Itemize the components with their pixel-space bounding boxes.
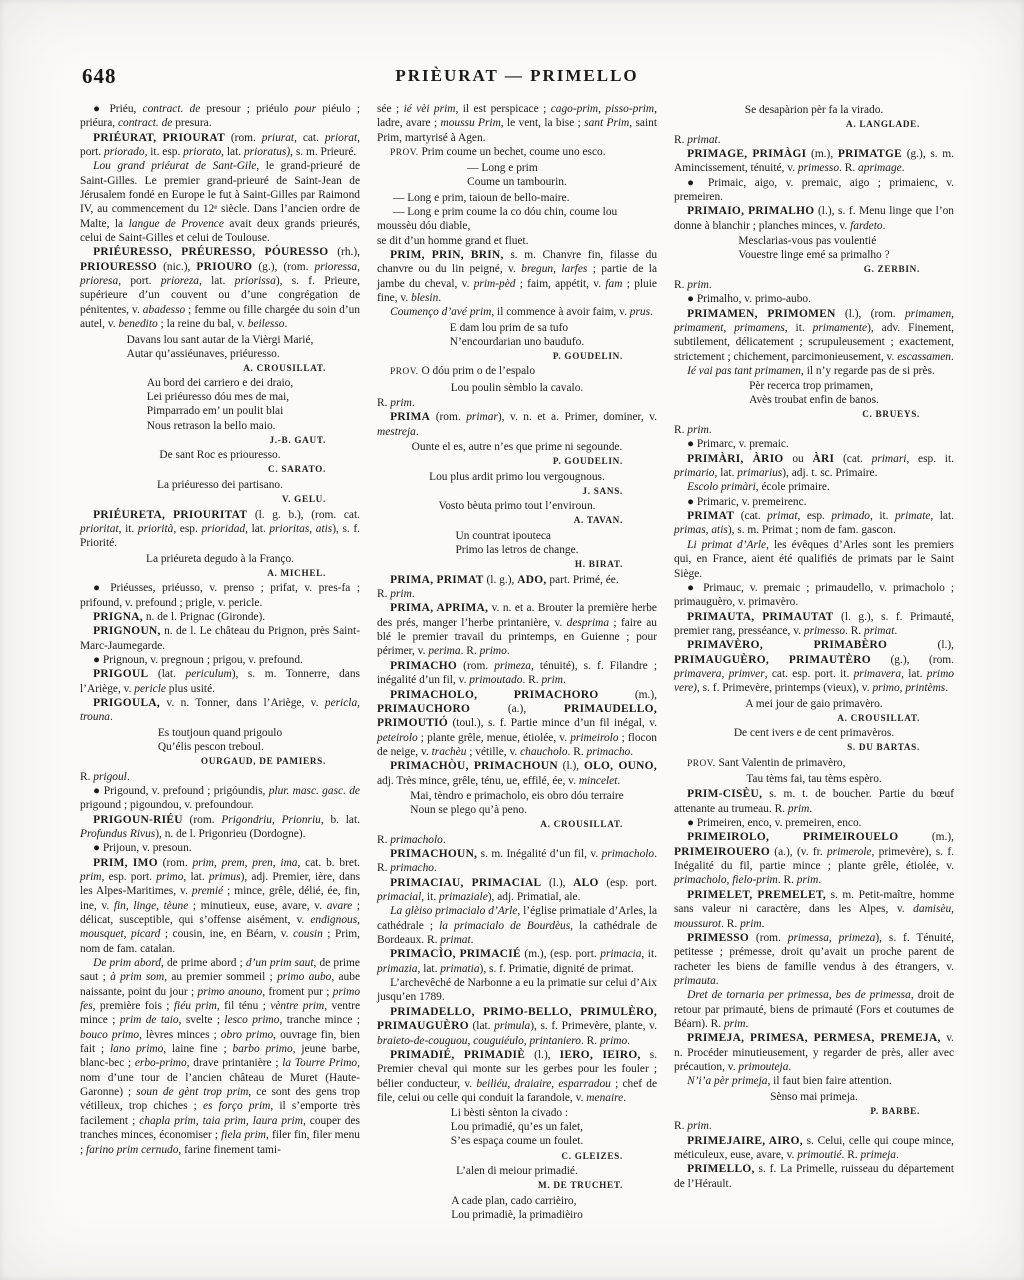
dictionary-entry: PRIMA, PRIMAT (l. g.), ADO, part. Primé,… bbox=[377, 573, 657, 587]
root-reference: R. prim. bbox=[377, 396, 657, 410]
entry-paragraph: Li primat d’Arle, les évêques d’Arles so… bbox=[674, 538, 954, 581]
quote-attribution: V. GELU. bbox=[80, 493, 360, 506]
entry-paragraph: La glèiso primacialo d’Arle, l’église pr… bbox=[377, 904, 657, 947]
verse-quote: A mei jour de gaio primavèro. bbox=[745, 697, 882, 711]
proverb-variant: — Long e prim, taioun de bello-maire. bbox=[377, 191, 657, 205]
verse-quote: Lou plus ardit primo lou vergougnous. bbox=[429, 470, 605, 484]
verse-quote: Pèr recerca trop primamen, Avès troubat … bbox=[749, 379, 879, 407]
dictionary-entry: PRIÉURAT, PRIOURAT (rom. priurat, cat. p… bbox=[80, 131, 360, 160]
column-left: ● Priéu, contract. de presour ; priéulo … bbox=[80, 102, 360, 1157]
running-header-title: PRIÈURAT — PRIMELLO bbox=[80, 66, 954, 86]
root-reference: R. prigoul. bbox=[80, 770, 360, 784]
dictionary-entry: PRIMADIÉ, PRIMADIÈ (l.), IERO, IEIRO, s.… bbox=[377, 1048, 657, 1105]
dictionary-entry: PRIMACHOLO, PRIMACHORO (m.), PRIMAUCHORO… bbox=[377, 688, 657, 760]
cross-reference-note: ● Prignoun, v. pregnoun ; prigou, v. pre… bbox=[80, 653, 360, 667]
dictionary-entry: PRIMEJA, PRIMESA, PERMESA, PREMEJA, v. n… bbox=[674, 1031, 954, 1074]
verse-quote: Se desapàrion pèr fa la virado. bbox=[745, 103, 884, 117]
quote-attribution: S. DU BARTAS. bbox=[674, 741, 954, 754]
dictionary-entry: PRIGOULA, v. n. Tonner, dans l’Ariège, v… bbox=[80, 696, 360, 725]
text-columns: ● Priéu, contract. de presour ; priéulo … bbox=[80, 102, 954, 1223]
root-reference: R. prim. bbox=[377, 587, 657, 601]
proverb: PROV. Prim coume un bechet, coume uno es… bbox=[377, 145, 657, 160]
verse-quote: Vosto bèuta primo tout l’enviroun. bbox=[438, 499, 595, 513]
entry-paragraph: De prim abord, de prime abord ; d’un pri… bbox=[80, 956, 360, 1157]
verse-quote: La priéuresso dei partisano. bbox=[157, 478, 283, 492]
verse-quote: E dam lou prim de sa tufo N’encourdarian… bbox=[450, 321, 584, 349]
cross-reference-note: ● Primeiren, enco, v. premeiren, enco. bbox=[674, 816, 954, 830]
verse-quote: — Long e prim Coume un tambourin. bbox=[467, 161, 567, 189]
entry-paragraph: Dret de tornaria per primessa, bes de pr… bbox=[674, 988, 954, 1031]
dictionary-entry: PRIGNA, n. de l. Prignac (Gironde). bbox=[80, 610, 360, 624]
column-center: sée ; ié vèi prim, il est perspicace ; c… bbox=[377, 102, 657, 1223]
dictionary-entry: PRIMEIROLO, PRIMEIROUELO (m.), PRIMEIROU… bbox=[674, 830, 954, 887]
quote-attribution: C. GLEIZES. bbox=[377, 1150, 657, 1163]
dictionary-entry: PRIGOUL (lat. periculum), s. m. Tonnerre… bbox=[80, 667, 360, 696]
dictionary-entry: PRIMACÌO, PRIMACIÉ (m.), (esp. port. pri… bbox=[377, 947, 657, 976]
quote-attribution: A. TAVAN. bbox=[377, 514, 657, 527]
page-header: 648 PRIÈURAT — PRIMELLO bbox=[80, 62, 954, 98]
dictionary-entry: PRIGOUN-RIÉU (rom. Prigondriu, Prionriu,… bbox=[80, 813, 360, 842]
cross-reference-note: ● Primauc, v. premaic ; primaudello, v. … bbox=[674, 581, 954, 610]
verse-quote: Ounte el es, autre n’es que prime ni seg… bbox=[412, 440, 623, 454]
proverb: PROV. Sant Valentin de primavèro, bbox=[674, 756, 954, 771]
quote-attribution: J. SANS. bbox=[377, 485, 657, 498]
dictionary-entry: PRIMELET, PREMELET, s. m. Petit-maître, … bbox=[674, 888, 954, 931]
quote-attribution: A. CROUSILLAT. bbox=[377, 818, 657, 831]
entry-paragraph: N’i’a pèr primeja, il faut bien faire at… bbox=[674, 1074, 954, 1088]
entry-paragraph: Coumenço d’avé prim, il commence à avoir… bbox=[377, 305, 657, 319]
continued-paragraph: sée ; ié vèi prim, il est perspicace ; c… bbox=[377, 102, 657, 145]
cross-reference-note: ● Primalho, v. primo-aubo. bbox=[674, 292, 954, 306]
dictionary-entry: PRIMA, APRIMA, v. n. et a. Brouter la pr… bbox=[377, 601, 657, 658]
cross-reference-note: ● Prigound, v. prefound ; prigóundis, pl… bbox=[80, 784, 360, 813]
root-reference: R. prim. bbox=[674, 423, 954, 437]
verse-quote: Mai, tèndro e primacholo, eis obro dóu t… bbox=[410, 789, 624, 817]
dictionary-entry: PRIÉURESSO, PRÉURESSO, PÓURESSO (rh.), P… bbox=[80, 245, 360, 331]
quote-attribution: A. LANGLADE. bbox=[674, 118, 954, 131]
entry-paragraph: L’archevêché de Narbonne a eu la primati… bbox=[377, 976, 657, 1005]
dictionary-page: 648 PRIÈURAT — PRIMELLO ● Priéu, contrac… bbox=[0, 0, 1024, 1280]
root-reference: R. primat. bbox=[674, 133, 954, 147]
quote-attribution: OURGAUD, DE PAMIERS. bbox=[80, 755, 360, 768]
dictionary-entry: PRIMÀRI, ÀRIO ou ÀRI (cat. primari, esp.… bbox=[674, 452, 954, 481]
entry-paragraph: Lou grand priéurat de Sant-Gile, le gran… bbox=[80, 159, 360, 245]
quote-attribution: C. BRUEYS. bbox=[674, 408, 954, 421]
quote-attribution: P. BARBE. bbox=[674, 1105, 954, 1118]
dictionary-entry: PRIMAT (cat. primat, esp. primado, it. p… bbox=[674, 509, 954, 538]
continued-paragraph: se dit d’un homme grand et fluet. bbox=[377, 234, 657, 248]
cross-reference-note: ● Priéu, contract. de presour ; priéulo … bbox=[80, 102, 360, 131]
dictionary-entry: PRIMAUTA, PRIMAUTAT (l. g.), s. f. Prima… bbox=[674, 610, 954, 639]
verse-quote: Davans lou sant autar de la Vièrgi Marié… bbox=[127, 333, 314, 361]
dictionary-entry: PRIMADELLO, PRIMO-BELLO, PRIMULÈRO, PRIM… bbox=[377, 1005, 657, 1048]
quote-attribution: H. BIRAT. bbox=[377, 558, 657, 571]
quote-attribution: M. DE TRUCHET. bbox=[377, 1179, 657, 1192]
verse-quote: Au bord dei carriero e dei draio, Lei pr… bbox=[147, 376, 293, 432]
verse-quote: L’alen di meiour primadié. bbox=[456, 1164, 578, 1178]
dictionary-entry: PRIMELLO, s. f. La Primelle, ruisseau du… bbox=[674, 1162, 954, 1191]
dictionary-entry: PRIMACIAU, PRIMACIAL (l.), ALO (esp. por… bbox=[377, 876, 657, 905]
dictionary-entry: PRIMACHOUN, s. m. Inégalité d’un fil, v.… bbox=[377, 847, 657, 876]
cross-reference-note: ● Prijoun, v. presoun. bbox=[80, 841, 360, 855]
quote-attribution: G. ZERBIN. bbox=[674, 263, 954, 276]
verse-quote: Mesclarias-vous pas voulentié Vouestre l… bbox=[738, 234, 889, 262]
quote-attribution: P. GOUDELIN. bbox=[377, 350, 657, 363]
dictionary-entry: PRIMACHÒU, PRIMACHOUN (l.), OLO, OUNO, a… bbox=[377, 759, 657, 788]
verse-quote: La priéureta degudo à la Franço. bbox=[146, 552, 294, 566]
dictionary-entry: PRIMAGE, PRIMÀGI (m.), PRIMATGE (g.), s.… bbox=[674, 147, 954, 176]
root-reference: R. prim. bbox=[674, 1119, 954, 1133]
verse-quote: A cade plan, cado carrièiro, Lou primadi… bbox=[451, 1194, 583, 1222]
verse-quote: Tau tèms fai, tau tèms espèro. bbox=[746, 772, 882, 786]
verse-quote: De sant Roc es priouresso. bbox=[159, 448, 280, 462]
verse-quote: Li bèsti sènton la civado : Lou primadié… bbox=[451, 1106, 584, 1148]
dictionary-entry: PRIMA (rom. primar), v. n. et a. Primer,… bbox=[377, 410, 657, 439]
entry-paragraph: Escolo primàri, école primaire. bbox=[674, 480, 954, 494]
verse-quote: Sènso mai primeja. bbox=[770, 1090, 858, 1104]
dictionary-entry: PRIÉURETA, PRIOURITAT (l. g. b.), (rom. … bbox=[80, 508, 360, 551]
dictionary-entry: PRIM, PRIN, BRIN, s. m. Chanvre fin, fil… bbox=[377, 248, 657, 305]
dictionary-entry: PRIMAMEN, PRIMOMEN (l.), (rom. primamen,… bbox=[674, 307, 954, 364]
quote-attribution: C. SARATO. bbox=[80, 463, 360, 476]
entry-paragraph: Ié vai pas tant primamen, il n’y regarde… bbox=[674, 364, 954, 378]
quote-attribution: A. MICHEL. bbox=[80, 567, 360, 580]
dictionary-entry: PRIMESSO (rom. primessa, primeza), s. f.… bbox=[674, 931, 954, 988]
dictionary-entry: PRIGNOUN, n. de l. Le château du Prignon… bbox=[80, 624, 360, 653]
quote-attribution: J.-B. GAUT. bbox=[80, 434, 360, 447]
verse-quote: Un countrat ipouteca Primo las letros de… bbox=[455, 529, 578, 557]
column-right: Se desapàrion pèr fa la virado.A. LANGLA… bbox=[674, 102, 954, 1191]
root-reference: R. primacholo. bbox=[377, 833, 657, 847]
quote-attribution: P. GOUDELIN. bbox=[377, 455, 657, 468]
dictionary-entry: PRIMEJAIRE, AIRO, s. Celui, celle qui co… bbox=[674, 1134, 954, 1163]
dictionary-entry: PRIM, IMO (rom. prim, prem, pren, ima, c… bbox=[80, 856, 360, 956]
dictionary-entry: PRIMACHO (rom. primeza, ténuité), s. f. … bbox=[377, 659, 657, 688]
cross-reference-note: ● Primarc, v. premaic. bbox=[674, 437, 954, 451]
proverb: PROV. O dóu prim o de l’espalo bbox=[377, 364, 657, 379]
cross-reference-note: ● Primaic, aigo, v. premaic, aigo ; prim… bbox=[674, 176, 954, 205]
dictionary-entry: PRIMAIO, PRIMALHO (l.), s. f. Menu linge… bbox=[674, 204, 954, 233]
dictionary-entry: PRIMAVÈRO, PRIMABÈRO (l.), PRIMAUGUÈRO, … bbox=[674, 638, 954, 695]
verse-quote: Es toutjoun quand prigoulo Qu’élis pesco… bbox=[158, 726, 282, 754]
cross-reference-note: ● Priéusses, priéusso, v. prenso ; prifa… bbox=[80, 581, 360, 610]
dictionary-entry: PRIM-CISÈU, s. m. t. de boucher. Partie … bbox=[674, 787, 954, 816]
cross-reference-note: ● Primaric, v. premeirenc. bbox=[674, 495, 954, 509]
quote-attribution: A. CROUSILLAT. bbox=[80, 362, 360, 375]
verse-quote: De cent ivers e de cent primavèros. bbox=[734, 726, 894, 740]
verse-quote: Lou poulin sèmblo la cavalo. bbox=[451, 381, 584, 395]
quote-attribution: A. CROUSILLAT. bbox=[674, 712, 954, 725]
root-reference: R. prim. bbox=[674, 278, 954, 292]
proverb-variant: — Long e prim coume la co dóu chin, coum… bbox=[377, 205, 657, 234]
